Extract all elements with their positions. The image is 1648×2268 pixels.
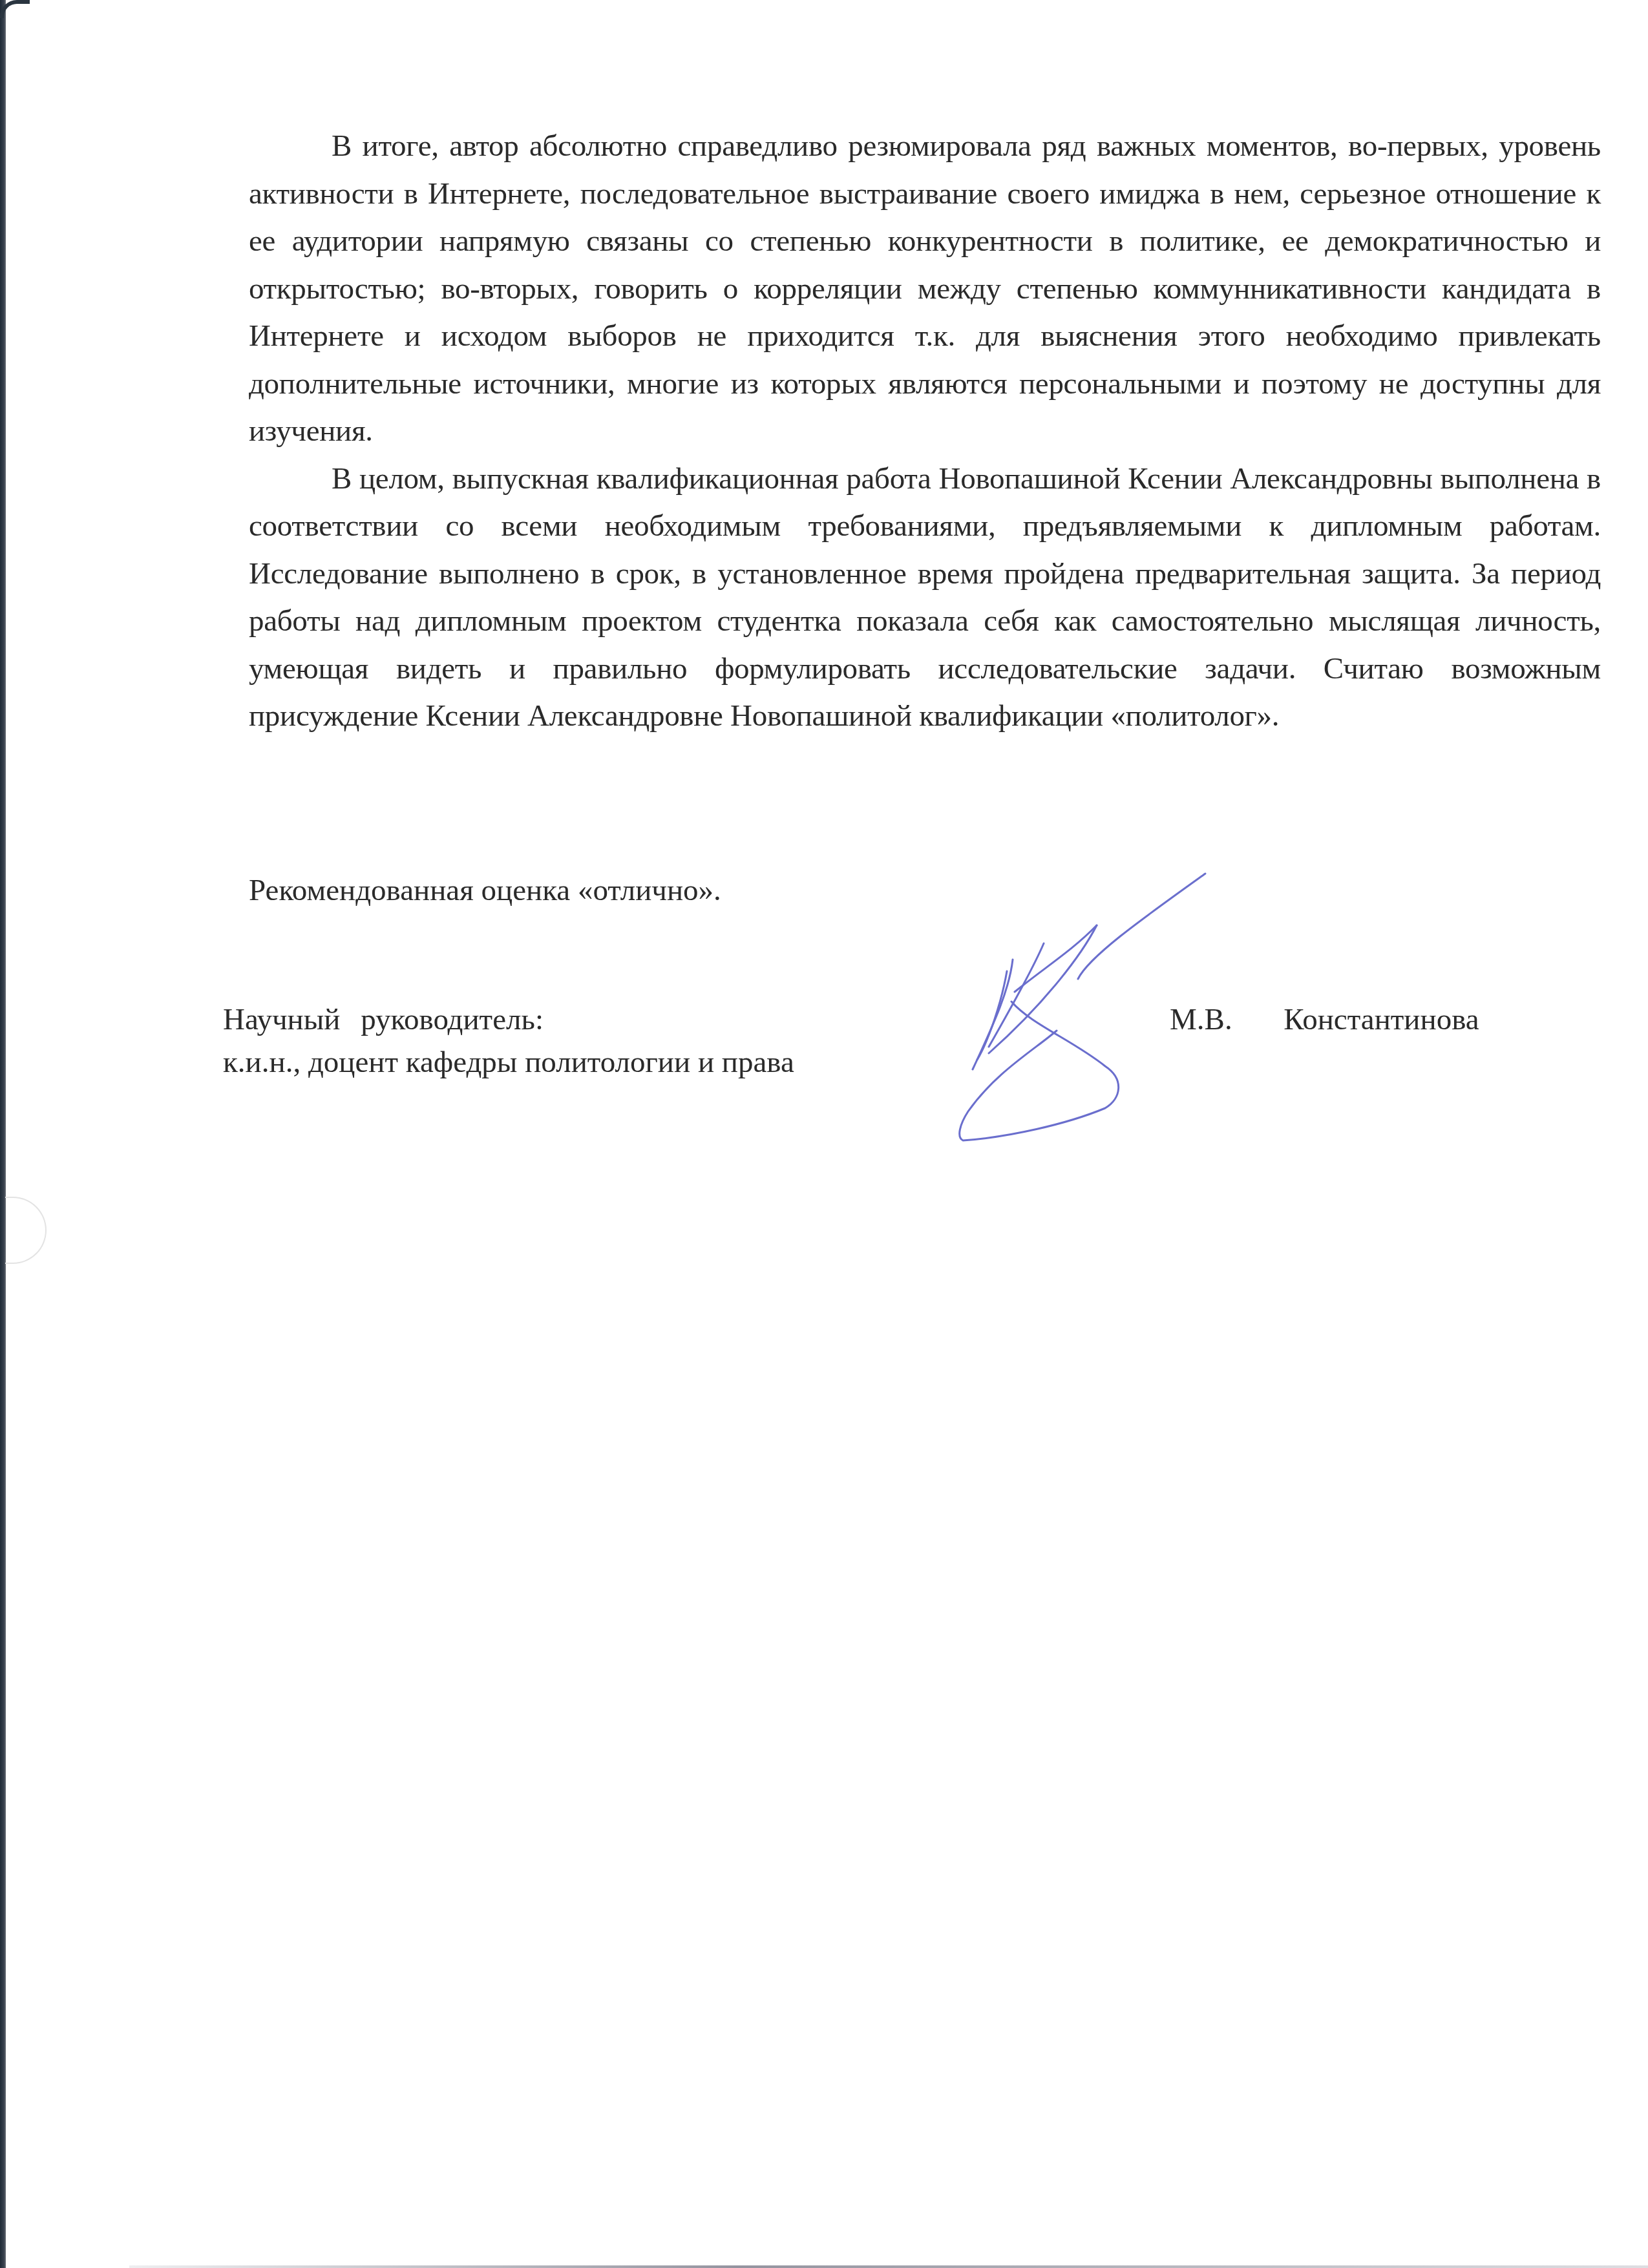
signatory-block: Научный руководитель: к.и.н., доцент каф… [223,998,794,1084]
signatory-title: к.и.н., доцент кафедры политологии и пра… [223,1041,794,1084]
handwritten-signature-icon [937,853,1325,1157]
scan-edge-left [0,0,6,2268]
document-body: В итоге, автор абсолютно справедливо рез… [249,123,1601,740]
scan-edge-bottom [129,2265,1648,2268]
signatory-role: Научный руководитель: [223,998,794,1041]
punch-hole-mark [5,1197,47,1264]
paragraph-conclusions: В итоге, автор абсолютно справедливо рез… [249,123,1601,456]
paragraph-assessment: В целом, выпускная квалификационная рабо… [249,456,1601,740]
recommended-grade: Рекомендованная оценка «отлично». [249,871,721,910]
